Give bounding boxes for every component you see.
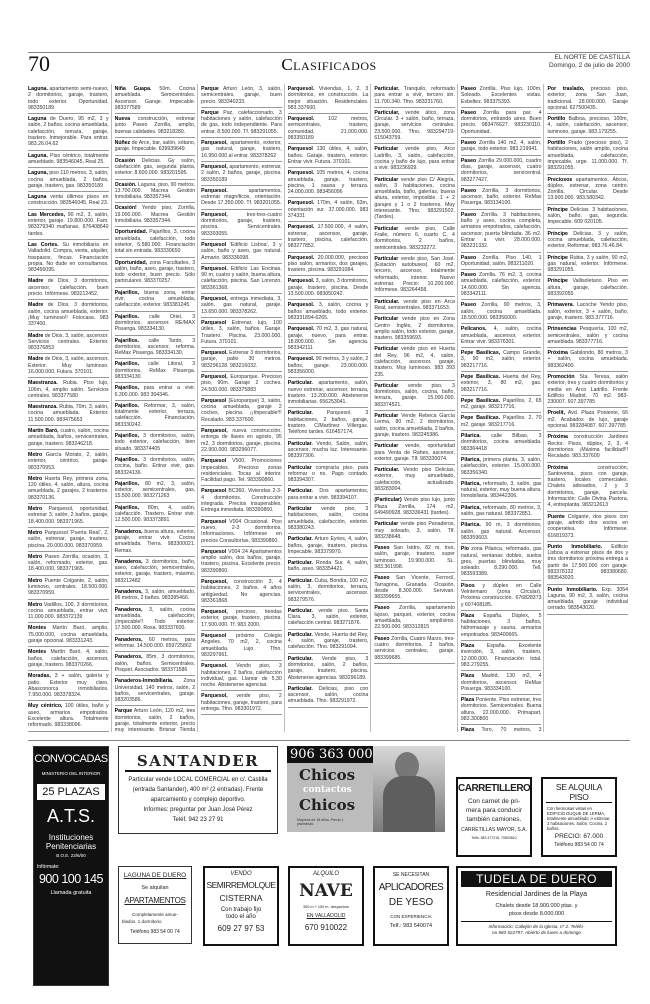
ad-se-alquila-piso[interactable]: SE ALQUILA PISO Con hermosas vistas en E… — [541, 777, 617, 857]
classified-entry: Particular. Parquesol, 3 habitaciones, 2… — [288, 408, 369, 438]
classified-entry: Madre de Dios. 3 dormitorios, ascensor, … — [28, 276, 109, 300]
classified-keyword: Paseo — [461, 302, 476, 308]
classified-keyword: Metro — [28, 554, 42, 560]
classified-entry: Plaza España. Excelente inversión, 3, sa… — [461, 641, 542, 671]
classified-entry: Parquesol, construcción 3, 4 habitacione… — [201, 577, 282, 607]
classified-entry: Panaderos, 85m, 3 dormitorios, salón, ba… — [115, 652, 196, 676]
classified-entry: Particular. Vende, Huerta del Rey, 4, sa… — [288, 630, 369, 654]
classified-entry: Parquesol. Edificio Las Encinas. 90 m, c… — [201, 264, 282, 294]
section-divider — [28, 740, 630, 741]
classified-keyword: Oportunidad. — [115, 229, 148, 235]
classified-entry: Pajarillos, buena zona, entrar vivir, co… — [115, 288, 196, 312]
ad-aplicadores-line-1: CON EXPERIENCIA — [375, 914, 447, 919]
classified-entry: Madre de Dios, 3, salón, ascensor. Exter… — [28, 354, 109, 378]
ad-santander-title: SANTANDER — [125, 752, 271, 772]
classified-entry: Particular Vende Rebeca García Lerma, 80… — [374, 411, 455, 441]
classified-keyword: Pilarica, — [461, 457, 481, 463]
classified-keyword: Portillo — [547, 116, 565, 122]
classified-keyword: Parquesol, — [201, 374, 228, 380]
classified-entry: Príncipe Vallisoletano. Piso en altura, … — [547, 276, 628, 300]
ad-alquilo-nave[interactable]: ALQUILO NAVE 300 m + 100 m. despachos EN… — [288, 866, 364, 946]
classified-keyword: Paseo — [374, 636, 389, 642]
classified-keyword: Paseo — [374, 575, 389, 581]
classified-entry: Paseo Zorrilla 29.000.000, cuadro días, … — [461, 156, 542, 186]
classified-entry: Pajarillos, calle Litoral, 3 dormitorios… — [115, 359, 196, 383]
classified-keyword: Metro — [28, 578, 42, 584]
classified-entry: Muy céntrico, 100 útiles, baño y aseo, a… — [28, 701, 109, 731]
classified-entry: Parquesol. 105 metros, 4, cocina amuebla… — [288, 168, 369, 198]
ad-nave-top: ALQUILO — [290, 871, 362, 877]
ad-laguna-subtitle: Se alquilan — [119, 885, 191, 891]
classified-entry: Madre de Dios, 3, salón, ascensor. Servi… — [28, 331, 109, 355]
classified-entry: Pío zona Pilarica, reformado, gas natura… — [461, 544, 542, 580]
classified-keyword: Particular — [374, 383, 398, 389]
page-header: 70 Clasificados EL NORTE DE CASTILLA Dom… — [28, 52, 630, 73]
classified-entry: Montes Martín Baró, 4, salón, baños, cal… — [28, 647, 109, 671]
classified-entry: Proelit, Avd. Plaza Poniente, 66 m2. Aca… — [547, 408, 628, 432]
classified-entry: Panaderos, 60 metros, para reformar. 14.… — [115, 635, 196, 653]
ad-laguna-apartamentos[interactable]: LAGUNA DE DUERO Se alquilan APARTAMENTOS… — [118, 866, 192, 944]
classified-keyword: Particular. — [288, 560, 313, 566]
ad-santander-line-2: (entrada Santander), 400 m² (2 entradas)… — [119, 787, 277, 793]
classified-keyword: Metro — [28, 506, 42, 512]
classified-keyword: Laguna. — [28, 86, 48, 92]
classified-keyword: Pajarillos. — [115, 314, 140, 320]
classified-entry: Parquesol. 102 metros, semicentrales, tr… — [288, 114, 369, 144]
classified-keyword: Pepe Basilicas. — [461, 415, 500, 421]
classified-keyword: Laguna — [28, 116, 46, 122]
classified-keyword: Príncipe — [547, 278, 567, 284]
ad-tudela-de-duero[interactable]: TUDELA DE DUERO Residencial Jardines de … — [456, 866, 617, 946]
classified-keyword: Pajarillos. — [115, 338, 140, 344]
classified-entry: Príncipe Delicias, 3 y salón, cocina amu… — [547, 229, 628, 253]
ad-convocadas-institution-2: Penitenciarias — [34, 842, 108, 851]
classified-keyword: Príncipe — [547, 207, 567, 213]
classified-keyword: Particular. — [288, 410, 313, 416]
classified-keyword: Parquesol. — [288, 86, 315, 92]
classified-entry: Panaderos, 3, salón, cocina amueblada, c… — [115, 605, 196, 635]
ad-convocadas-note: Llamada gratuita — [34, 890, 108, 896]
classified-keyword: Prinsencias — [547, 326, 576, 332]
classified-keyword: Preciosos — [547, 177, 572, 183]
classified-entry: Parquesol. Vendo piso, 3 habitaciones, 2… — [201, 661, 282, 691]
classified-entry: Próxima construcción, Santovenia, pisos … — [547, 463, 628, 512]
classified-keyword: Martín Baró, — [28, 428, 59, 434]
classified-entry: Paseo Zorrilla 140 m2, 4, salón, garaje,… — [461, 138, 542, 156]
classified-entry: Metro Paseo Zorrilla, ocasión, 3, salón,… — [28, 552, 109, 576]
classified-keyword: Particular. — [288, 686, 313, 692]
classified-entry: Particular. Vendo, Salón, salón, ascenso… — [288, 439, 369, 463]
classified-keyword: Particular. — [288, 441, 313, 447]
classified-keyword: Pepe Basilicas. — [461, 374, 500, 380]
classified-entry: Pisos y dúplex en Calle Veintemaro (zona… — [461, 581, 542, 611]
classified-entry: Pilarica. calle Bilbao, 3 dormitorios, c… — [461, 431, 542, 455]
classified-entry: Niña Guapa. 50m. Cocina amueblada. Semic… — [115, 84, 196, 114]
classified-entry: Particular vende piso en Zona Centro Ing… — [374, 314, 455, 344]
classified-keyword: Pajarillos, — [115, 290, 140, 296]
classified-keyword: Panaderos, — [115, 654, 143, 660]
classified-entry: Primavera. Lacoche Yendo piso, salón, ex… — [547, 300, 628, 324]
classified-keyword: Parquesol, — [201, 693, 228, 699]
ad-aplicadores-title-2: DE YESO — [375, 897, 447, 908]
classified-entry: Plaza Madrid, 130 m2, 4 dormitorios, asc… — [461, 671, 542, 695]
classified-keyword: Madre — [28, 333, 43, 339]
classified-entry: Por traslado, precioso piso, exterior, z… — [547, 84, 628, 114]
classified-entry: Plaza Toro, 70 metros, 3 dormitorios, as… — [461, 725, 542, 732]
classified-keyword: Particular — [374, 226, 398, 232]
classified-keyword: Niña Guapa. — [115, 86, 152, 92]
classified-entry: Particular vende piso, 3 dormitorios, sa… — [374, 381, 455, 411]
classified-keyword: Pajarillos. — [115, 457, 140, 463]
classified-entry: Parquesol. 20.000.000, precioso piso sal… — [288, 253, 369, 277]
classified-entry: Pajarillos, para entrar a vivir. 6.300.0… — [115, 383, 196, 401]
classifieds-columns: Laguna. apartamento semi-nuevo, 2 dormit… — [28, 84, 630, 732]
classified-keyword: Parquesol — [201, 242, 226, 248]
classified-text: Zorrilla. 3 habitaciones, baño y aseo, c… — [461, 212, 542, 249]
classified-keyword: Panaderos-Inmobiliaria. — [115, 678, 174, 684]
classified-text: Edificio Lisboa a estrenar pisos de dos … — [547, 544, 628, 581]
classified-entry: Particular vende piso, 3 habitaciones, s… — [288, 504, 369, 534]
classified-keyword: Particular — [374, 413, 398, 419]
classified-entry: Oportunidad, zona Facultades, 3 salón, b… — [115, 258, 196, 288]
classified-entry: Panaderos-Inmobiliaria. Zona Universidad… — [115, 676, 196, 706]
classified-keyword: Próxima — [547, 350, 567, 356]
ad-aplicadores-yeso[interactable]: SE NECESITAN APLICADORES DE YESO CON EXP… — [373, 866, 449, 946]
classified-entry: Punto Inmobiliario. Exp. 3054 Laguna, 90… — [547, 585, 628, 615]
classified-keyword: Plaza — [461, 643, 474, 649]
classified-keyword: Parquesol, — [201, 579, 228, 585]
classified-keyword: Parquesol — [201, 488, 226, 494]
classified-entry: Ocasión Delicias. Gy salón, calefacción … — [115, 156, 196, 180]
classified-entry: Pepe Basilicas, Campo Grande, 3, 90 m2, … — [461, 348, 542, 372]
classified-entry: Laguna, piso 110 metros, 3, salón, cocin… — [28, 168, 109, 192]
classified-entry: Parquesol, Europarque. Precioso piso, 90… — [201, 372, 282, 396]
classified-entry: Madre de Dios. 3 dormitorios, salón, coc… — [28, 300, 109, 330]
ad-laguna-title: LAGUNA DE DUERO — [122, 872, 188, 879]
classified-entry: Particular. apartamento, salón, nuevo es… — [288, 378, 369, 408]
classified-entry: Particular vende piso C/ Alegría, salón,… — [374, 175, 455, 224]
classified-entry: Parquesol. Estrenar 3 dormitorios, garaj… — [201, 348, 282, 372]
classified-keyword: Paseo — [461, 188, 476, 194]
classified-entry: Laguna venta últimos pisos en construcci… — [28, 192, 109, 210]
classified-keyword: Paseo — [461, 86, 476, 92]
classified-keyword: Parquesol — [201, 458, 226, 464]
classified-entry: Paseo Zorrilla, 3 dormitorios, ascensor,… — [461, 186, 542, 210]
classified-entry: Metro García Morato, 2, salón, exterior,… — [28, 450, 109, 474]
classified-entry: Martín Baró, cuatro, salón, cocina amueb… — [28, 426, 109, 450]
ad-aplicadores-phone: Telf.: 983 540074 — [375, 923, 447, 929]
classified-keyword: Parquesol, — [201, 212, 228, 218]
classified-keyword: Metro — [28, 530, 42, 536]
ad-semirremolque-phone: 609 27 97 53 — [205, 924, 277, 933]
classified-entry: Particular. vende piso. Santa Clara. 3, … — [288, 606, 369, 630]
classified-keyword: Particular — [374, 256, 398, 262]
classified-keyword: Parquesol, — [201, 164, 228, 170]
ad-convocadas-ministry: MINISTERIO DEL INTERIOR — [34, 771, 108, 776]
classified-keyword: Plaza — [461, 673, 474, 679]
ad-chicos-word-1: Chicos — [299, 766, 355, 784]
ad-convocadas-phone: 900 100 145 — [34, 872, 108, 886]
classified-keyword: Parquesol — [201, 549, 226, 555]
classified-entry: Núñez de Arce, bar, salón, sótano, garaj… — [115, 138, 196, 156]
classified-keyword: Muy céntrico, — [28, 703, 62, 709]
classified-keyword: Metro — [28, 452, 42, 458]
classified-keyword: Particular. — [288, 536, 313, 542]
publication-date: Domingo, 2 de julio de 2000 — [549, 62, 630, 70]
ad-semirremolque-line-2: todo el año — [205, 914, 277, 920]
classified-entry: Parquesol, apartamento, exterior, gas na… — [201, 138, 282, 162]
classified-keyword: Madre — [28, 302, 43, 308]
ad-carretillero-line-3: también camiones. — [458, 816, 530, 823]
classified-entry: Pilarica, primera planta, 3, salón, cale… — [461, 455, 542, 479]
classified-entry: Parque Arturo León, 3, salón, semicentra… — [201, 84, 282, 108]
classified-entry: Parquesol, nueva construcción, entrega d… — [201, 426, 282, 456]
classified-keyword: Pilarica, — [461, 505, 481, 511]
classified-keyword: Punto Inmobiliario. — [547, 587, 597, 593]
classified-entry: Próxima construcción Jardines Rector. Pi… — [547, 432, 628, 462]
classified-keyword: Particular. — [288, 656, 313, 662]
classified-keyword: Particular. — [288, 380, 313, 386]
ad-chicos-word-2: contactos — [303, 785, 352, 795]
classified-entry: Panaderos, 3 dormitorios, baño, aseo, ca… — [115, 557, 196, 587]
classified-keyword: Particular — [374, 346, 398, 352]
ad-chicos-contactos[interactable]: 906 363 000 Chicos contactos Chicos Mayo… — [287, 746, 445, 832]
ad-aplicadores-title-1: APLICADORES — [375, 882, 447, 893]
ad-laguna-headline: APARTAMENTOS — [119, 896, 191, 905]
classified-keyword: Madre — [28, 356, 43, 362]
classified-entry: Preciosos apartamentos. Áticos, dúplex, … — [547, 175, 628, 205]
classified-keyword: Paseo — [461, 140, 476, 146]
classified-text: construcción, Santovenia, pisos con gara… — [547, 465, 628, 509]
classified-entry: Parquesol BC360. Viviendas 2-3-4 dormito… — [201, 486, 282, 516]
classified-entry: Pepe Basilicas. Pajarillos, 2, 65 m2, ga… — [461, 396, 542, 414]
ad-convocadas-info-label: Infórmate: — [37, 864, 108, 870]
classified-keyword: Parquesol. — [288, 170, 315, 176]
ad-convocadas-institution-1: Instituciones — [34, 833, 108, 842]
classified-keyword: Parquesol. — [288, 326, 315, 332]
classified-keyword: Particular. — [288, 578, 313, 584]
classified-keyword: Parquesol. — [201, 188, 228, 194]
classified-keyword: Parquesol, — [201, 428, 228, 434]
classified-keyword: Panaderos, — [115, 589, 143, 595]
ad-santander-line-3: aparcamiento y complejo deportivo. — [119, 797, 277, 803]
classified-entry: Particular. Tranquilo, reformado para en… — [374, 84, 455, 108]
classified-entry: Ocasión. Laguna, piso, 90 metros. 13.700… — [115, 180, 196, 204]
classified-keyword: Particular. — [288, 608, 313, 614]
classified-keyword: Parque — [201, 110, 219, 116]
classified-keyword: Paseo — [461, 110, 476, 116]
classified-entry: Plaza Poniente. Piso estrenar, tres dorm… — [461, 695, 542, 725]
classified-entry: Particular. Dos apartamentos, para entra… — [288, 486, 369, 504]
classified-entry: Paseo Zorrilla, apartamento lujoso, parq… — [374, 603, 455, 633]
classified-keyword: Panaderos, — [115, 529, 143, 535]
classified-entry: Pilarica, reformado, 80 metros, 3, salón… — [461, 503, 542, 521]
classified-entry: Príncipe Delicias. 3 habitaciones, salón… — [547, 205, 628, 229]
classified-entry: Parquesol V004 24 Apartamentos amplio sa… — [201, 547, 282, 577]
classified-keyword: Panaderos, — [115, 637, 143, 643]
classified-entry: Parquesol V004 Ocasional. Piso nuevo, 2-… — [201, 517, 282, 547]
ad-tudela-line-3: Información: Callejón de la Iglesia, nº … — [461, 921, 612, 929]
classified-entry: Príncipe Rubia, 3 y salón, 90 m2, gas na… — [547, 253, 628, 277]
column-2: Niña Guapa. 50m. Cocina amueblada. Semic… — [115, 84, 199, 732]
classified-entry: Parquesol V500, Promociones Impecables. … — [201, 456, 282, 486]
ad-laguna-line-1: Completamente amue- — [119, 912, 191, 917]
person-body-shape — [383, 776, 435, 832]
ad-alquila-piso-title: SE ALQUILA PISO — [546, 782, 612, 803]
classified-entry: Paseo Zorrilla. 3 habitaciones, baño y a… — [461, 210, 542, 253]
classified-entry: Parquesol. apartamentos, estrenar magníf… — [201, 186, 282, 210]
classified-keyword: Maestranza. — [28, 404, 58, 410]
classified-entry: Metro Vadillos, 100, 3 dormitorios, coci… — [28, 600, 109, 624]
classified-entry: Parquesol, precioso, tiendas exterior, g… — [201, 607, 282, 631]
classified-keyword: Pisos — [461, 583, 475, 589]
column-5: Particular. Tranquilo, reformado para en… — [374, 84, 458, 732]
classified-keyword: Parquesol. — [288, 200, 315, 206]
classified-entry: Pajarillos. calle Oriel, 3 dormitorios, … — [115, 312, 196, 336]
classified-entry: Montes Martín Baró, amplio, 75.000.000, … — [28, 623, 109, 647]
ad-tudela-line-4: no 983 522797. Abierto de lunes a doming… — [458, 930, 615, 935]
ad-nave-line-1: 300 m + 100 m. despachos — [290, 905, 362, 909]
classified-entry: Paseo Zorrilla. 76 m2, 3, cocina amuebla… — [461, 270, 542, 300]
classified-keyword: Pajarillos, — [115, 385, 140, 391]
classified-entry: Pelicanos, 4, salón, cocina amueblada, a… — [461, 324, 542, 348]
classified-keyword: Portillo — [547, 140, 565, 146]
classified-keyword: Parquesol — [201, 398, 226, 404]
classified-entry: Laguna de Duero, 95 m2, 3 y salón, 2 bañ… — [28, 114, 109, 150]
classified-keyword: Plaza — [461, 697, 474, 703]
classified-entry: Metro Puente Colgante, 2, salón, luminos… — [28, 576, 109, 600]
classified-keyword: Paseo — [374, 605, 389, 611]
ad-santander-line-4: Informes: preguntar por Juan José Pérez — [119, 807, 277, 813]
classified-entry: Particular. Cuba, Bondía, 100 m2, salón,… — [288, 576, 369, 606]
classified-entry: Metro Parquesol, oportunidad, estrenar 3… — [28, 504, 109, 528]
ad-tudela-line-2: pisos desde 8.000.000 — [458, 911, 615, 917]
ad-tudela-line-1: Chalets desde 18.900.000 ptas. y — [458, 903, 615, 909]
classified-entry: Puente Colgante, dos pisos con garaje, a… — [547, 512, 628, 542]
classified-entry: Paseo Zorrilla, Cuatro Marzo, tres-cuatr… — [374, 634, 455, 664]
ad-carretillero[interactable]: CARRETILLERO Con carnet de pri- mera par… — [456, 777, 532, 857]
ad-aplicadores-top: SE NECESITAN — [375, 872, 447, 878]
classified-entry: Metro Parquesol 'Puerta Real', 2, salón,… — [28, 528, 109, 552]
ad-alquila-piso-body: Con hermosas vistas en EDIFICIO DUQUE DE… — [547, 806, 611, 831]
classified-entry: Particular vende piso en Huerta del Rey,… — [374, 344, 455, 380]
classified-entry: Particular, vende ático, zona Circular. … — [374, 108, 455, 144]
ad-convocadas-role: A.T.S. — [34, 806, 108, 827]
classified-keyword: Parquesol. — [201, 350, 228, 356]
classified-keyword: Particular. — [374, 467, 399, 473]
classified-entry: Parquesol. 70 m2, 3, gas natural, garaje… — [288, 324, 369, 354]
classified-keyword: Maestranza. — [28, 380, 58, 386]
ad-convocadas-title: CONVOCADAS — [34, 753, 108, 765]
classified-entry: Particular vende piso, San José. (Estaci… — [374, 254, 455, 297]
classified-text: zona Pilarica, reformado, gas natural, v… — [461, 546, 542, 577]
classified-entry: Maestranza. Rubia, 70m, 3, salón, cocina… — [28, 402, 109, 426]
classified-entry: Pajarillos. calle Tardo, 3 dormitorios, … — [115, 336, 196, 360]
classified-keyword: Parquesol. — [288, 278, 315, 284]
ad-tudela-subtitle: Residencial Jardines de la Playa — [458, 891, 615, 898]
ad-laguna-phone: Teléfono 983 54 00 74 — [119, 929, 191, 935]
ad-laguna-line-2: blados. 1 dormitorio — [119, 919, 191, 924]
classified-keyword: Las Cortes. — [28, 242, 59, 248]
classified-entry: Panaderos, 3, salón, amueblado, 96 metro… — [115, 587, 196, 605]
ad-chicos-phone: 906 363 000 — [287, 746, 376, 763]
classified-keyword: Próxima — [547, 465, 567, 471]
ad-convocadas-boe: B.O.E. 23/6/00 — [34, 853, 108, 858]
classified-entry: Panaderos, buena altura, exterior, garaj… — [115, 527, 196, 557]
classified-keyword: Metro — [28, 602, 42, 608]
classified-keyword: Particular — [374, 443, 398, 449]
classified-keyword: Las Mercedes, — [28, 212, 65, 218]
ad-chicos-fine-print: Mayores de 18 años. Precio 1 pta/minuto. — [297, 818, 357, 826]
ad-carretillero-phone: Telfs. 983 477218, 70800810 — [458, 836, 530, 840]
classified-keyword: Promoción — [547, 374, 574, 380]
classified-entry: Particular. Arturo Eyries, 4, salón, bañ… — [288, 534, 369, 558]
classified-entry: Pilarica, reformado, 3, salón, gas natur… — [461, 479, 542, 503]
column-1: Laguna. apartamento semi-nuevo, 2 dormit… — [28, 84, 112, 732]
ad-nave-line-2: EN VALLADOLID — [290, 913, 362, 919]
classified-keyword: Parquesol — [201, 320, 226, 326]
classified-entry: Particular vende piso, Arco Ladrillo, 3,… — [374, 144, 455, 174]
classified-entry: Parquesol 130 útiles, 4, salón, baños. G… — [288, 144, 369, 168]
ad-chicos-photo — [373, 746, 445, 832]
classified-keyword: Parque — [115, 708, 133, 714]
classified-entry: Particular. Vendo piso Delicias, exterio… — [374, 465, 455, 495]
classified-entry: Parquesol. Viviendas, 1, 2, 3 dormitorio… — [288, 84, 369, 114]
classified-keyword: Montes — [28, 625, 46, 631]
classified-keyword: Pilarica. — [461, 433, 481, 439]
ad-carretillero-line-2: mera para conducir — [458, 807, 530, 814]
ad-semirremolque-title-1: SEMIRREMOLQUE — [205, 880, 277, 890]
classified-keyword: Paseo — [461, 158, 476, 164]
classified-keyword: Pajarillos, — [115, 433, 140, 439]
classified-entry: Paseo San Isidro, 82 m, tres, salón, gar… — [374, 543, 455, 573]
classified-entry: Particular. Delicias, piso con ascensor,… — [288, 684, 369, 708]
classified-keyword: Parquesol. — [288, 116, 315, 122]
classified-keyword: Paseo — [461, 212, 476, 218]
ad-semirremolque[interactable]: VENDO SEMIRREMOLQUE CISTERNA Con trabajo… — [203, 866, 279, 946]
classified-entry: Parque Arturo León, 120 m2, tres dormito… — [115, 706, 196, 732]
classified-keyword: Pepe Basilicas. — [461, 398, 500, 404]
classified-keyword: Parquesol — [201, 519, 226, 525]
classified-entry: Particular vende piso, Calle Fraile, núm… — [374, 224, 455, 254]
ad-santander[interactable]: SANTANDER Particular vende LOCAL COMERCI… — [118, 746, 278, 834]
ad-convocadas[interactable]: CONVOCADAS MINISTERIO DEL INTERIOR 25 PL… — [33, 746, 109, 986]
classified-keyword: Parquesol. — [288, 224, 315, 230]
ad-carretillero-title: CARRETILLERO — [458, 783, 530, 794]
ad-nave-phone: 670 910022 — [290, 923, 362, 932]
column-7: Por traslado, precioso piso, exterior, z… — [547, 84, 630, 732]
classified-keyword: Próxima — [547, 434, 567, 440]
classified-keyword: Parquesol — [288, 146, 313, 152]
ad-tudela-title: TUDELA DE DUERO — [461, 871, 612, 887]
classified-entry: Particular. Vende piso, 3 dormitorios, s… — [288, 654, 369, 684]
classified-keyword: Pío — [461, 546, 469, 552]
classified-keyword: Pajarillos, — [115, 361, 140, 367]
classified-keyword: Núñez — [115, 140, 131, 146]
classified-keyword: Oportunidad, — [115, 260, 148, 266]
classified-keyword: Particular — [374, 521, 398, 527]
classified-keyword: Parquesol, — [201, 609, 228, 615]
classified-keyword: Nueva — [115, 116, 131, 122]
classified-entry: Pajarillos, 3 dormitorios, salón, todo e… — [115, 431, 196, 455]
classified-entry: Las Mercedes, 90 m2, 3, salón, exterior,… — [28, 210, 109, 240]
classified-entry: Paseo Zorrilla para par, 4 dormitorios, … — [461, 108, 542, 138]
column-4: Parquesol. Viviendas, 1, 2, 3 dormitorio… — [288, 84, 372, 732]
classified-entry: Moradas, 3 + salón, galería y patio. Ext… — [28, 671, 109, 701]
classified-entry: Particular compraría piso, para reformar… — [288, 463, 369, 487]
classified-keyword: Particular — [374, 316, 398, 322]
classified-keyword: Metro — [28, 476, 42, 482]
